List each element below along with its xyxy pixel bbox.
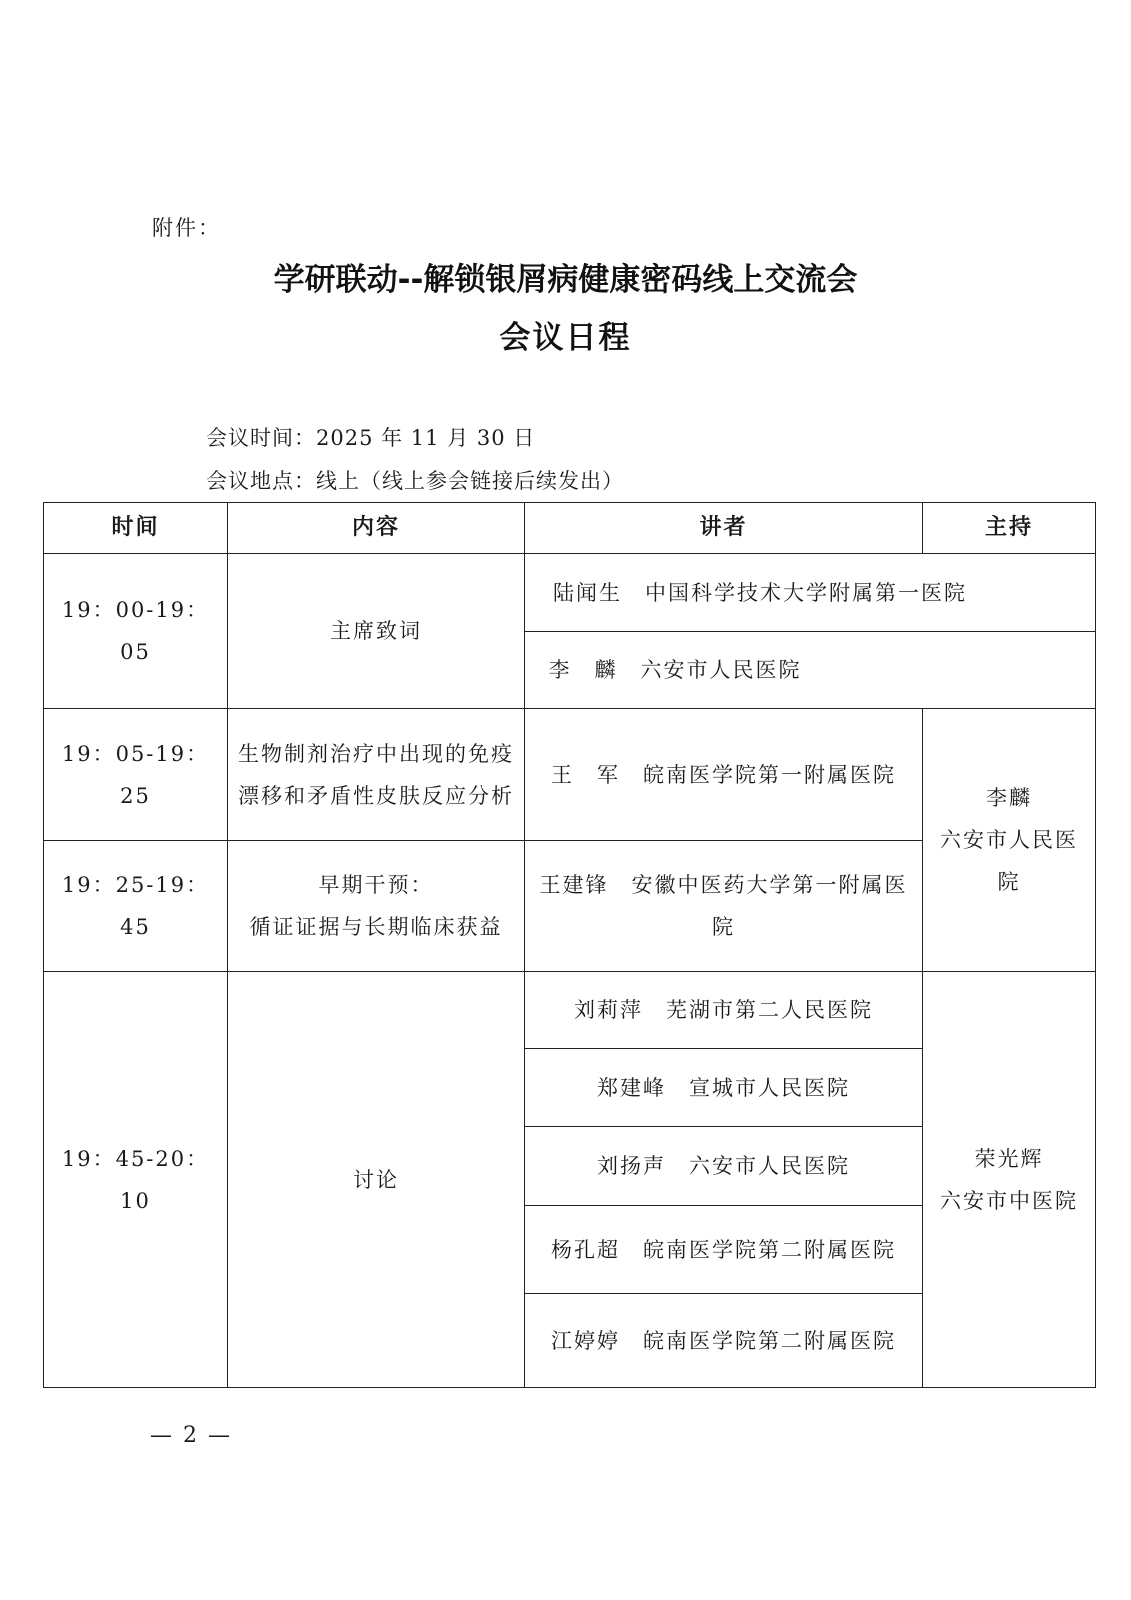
session-host: 李麟 六安市人民医院 xyxy=(923,709,1096,972)
meeting-location: 会议地点：线上（线上参会链接后续发出） xyxy=(206,465,624,495)
session-time: 19：00-19：05 xyxy=(44,554,228,709)
session-time: 19：25-19：45 xyxy=(44,841,228,972)
table-header-row: 时间 内容 讲者 主持 xyxy=(44,503,1096,554)
header-speaker: 讲者 xyxy=(525,503,923,554)
session-speaker: 郑建峰 宣城市人民医院 xyxy=(525,1049,923,1127)
session-speaker: 刘扬声 六安市人民医院 xyxy=(525,1127,923,1206)
document-subtitle: 会议日程 xyxy=(0,312,1131,357)
session-time: 19：05-19：25 xyxy=(44,709,228,841)
session-time: 19：45-20：10 xyxy=(44,972,228,1388)
table-row: 19：00-19：05 主席致词 陆闻生 中国科学技术大学附属第一医院 xyxy=(44,554,1096,632)
header-content: 内容 xyxy=(228,503,525,554)
page-number: — 2 — xyxy=(150,1423,232,1448)
session-host: 荣光辉 六安市中医院 xyxy=(923,972,1096,1388)
table-row: 19：05-19：25 生物制剂治疗中出现的免疫漂移和矛盾性皮肤反应分析 王 军… xyxy=(44,709,1096,841)
session-content: 讨论 xyxy=(228,972,525,1388)
session-speaker: 陆闻生 中国科学技术大学附属第一医院 xyxy=(525,554,1096,632)
header-host: 主持 xyxy=(923,503,1096,554)
session-content: 生物制剂治疗中出现的免疫漂移和矛盾性皮肤反应分析 xyxy=(228,709,525,841)
schedule-table: 时间 内容 讲者 主持 19：00-19：05 主席致词 陆闻生 中国科学技术大… xyxy=(43,502,1096,1388)
session-speaker: 王 军 皖南医学院第一附属医院 xyxy=(525,709,923,841)
meeting-time: 会议时间：2025 年 11 月 30 日 xyxy=(206,422,535,452)
attachment-label: 附件： xyxy=(152,212,221,242)
header-time: 时间 xyxy=(44,503,228,554)
session-speaker: 李 麟 六安市人民医院 xyxy=(525,632,1096,709)
session-content: 早期干预： 循证证据与长期临床获益 xyxy=(228,841,525,972)
session-speaker: 刘莉萍 芜湖市第二人民医院 xyxy=(525,972,923,1049)
session-speaker: 王建锋 安徽中医药大学第一附属医院 xyxy=(525,841,923,972)
document-title: 学研联动--解锁银屑病健康密码线上交流会 xyxy=(0,254,1131,299)
session-content: 主席致词 xyxy=(228,554,525,709)
session-speaker: 江婷婷 皖南医学院第二附属医院 xyxy=(525,1294,923,1388)
table-row: 19：45-20：10 讨论 刘莉萍 芜湖市第二人民医院 荣光辉 六安市中医院 xyxy=(44,972,1096,1049)
session-speaker: 杨孔超 皖南医学院第二附属医院 xyxy=(525,1206,923,1294)
